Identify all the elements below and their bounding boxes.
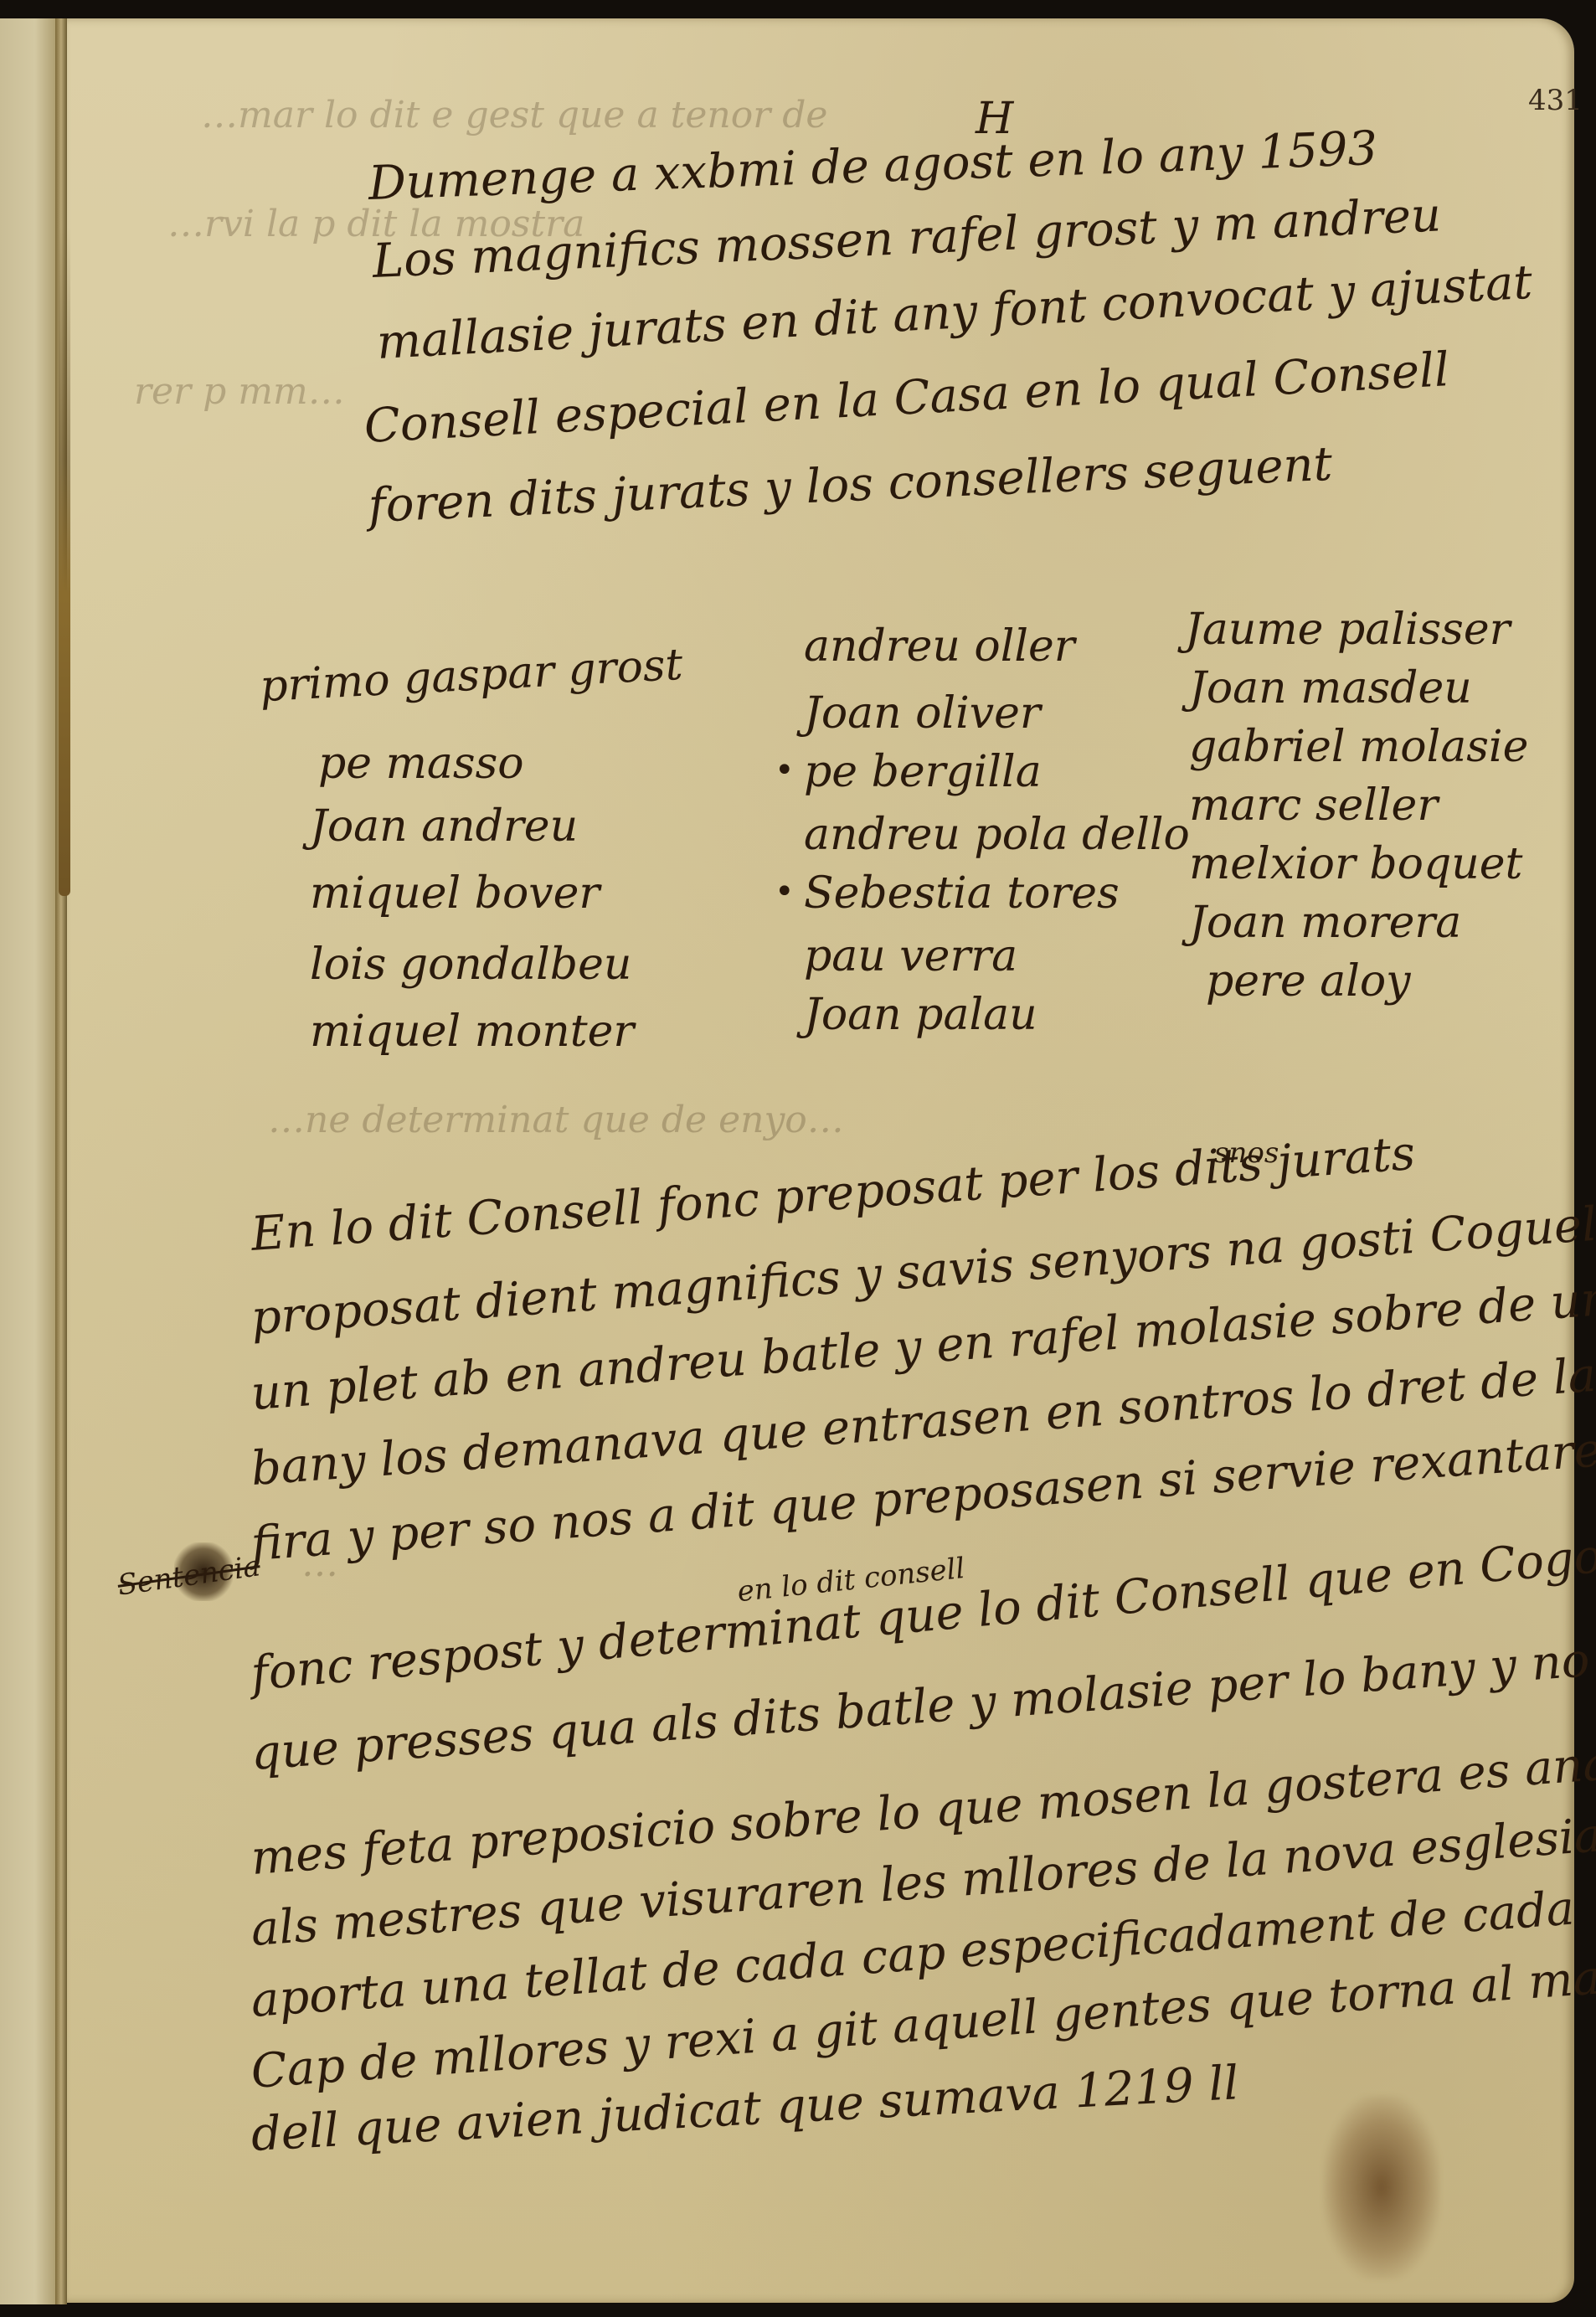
bullet-mark: • xyxy=(775,751,795,790)
council-member: Joan morera xyxy=(1189,898,1461,948)
council-member: Joan oliver xyxy=(804,688,1041,739)
council-member: marc seller xyxy=(1189,780,1438,831)
council-member: andreu pola dello xyxy=(804,810,1190,860)
council-member: pau verra xyxy=(804,931,1017,981)
council-member: Jaume palisser xyxy=(1185,605,1511,655)
bleed-through-text: …ne determinat que de enyo… xyxy=(268,1099,844,1141)
council-member: Joan masdeu xyxy=(1189,663,1472,713)
bleed-through-text: rer p mm… xyxy=(134,370,345,413)
council-member: Joan palau xyxy=(804,990,1037,1040)
folio-number: 431 xyxy=(1528,84,1583,117)
bullet-mark: • xyxy=(775,873,795,911)
council-member: pe masso xyxy=(318,739,524,789)
council-member: melxior boquet xyxy=(1189,839,1522,889)
council-member: Joan andreu xyxy=(310,801,578,852)
council-member: miquel bover xyxy=(310,868,600,919)
council-member: pe bergilla xyxy=(804,747,1042,797)
water-stain xyxy=(1323,2095,1440,2279)
council-member: Sebestia tores xyxy=(804,868,1120,919)
council-member: miquel monter xyxy=(310,1007,634,1057)
bleed-through-text: …mar lo dit e gest que a tenor de xyxy=(201,94,827,136)
council-member: andreu oller xyxy=(804,621,1075,672)
manuscript-page: …mar lo dit e gest que a tenor de …rvi l… xyxy=(67,18,1574,2303)
council-member: lois gondalbeu xyxy=(310,940,631,990)
council-member: pere aloy xyxy=(1206,956,1411,1007)
previous-leaf-edge xyxy=(0,18,59,2304)
council-member: gabriel molasie xyxy=(1189,722,1528,772)
council-member: primo gaspar grost xyxy=(259,640,684,712)
paper-tear xyxy=(59,226,70,896)
heading-line-5: foren dits jurats y los consellers segue… xyxy=(368,437,1334,533)
